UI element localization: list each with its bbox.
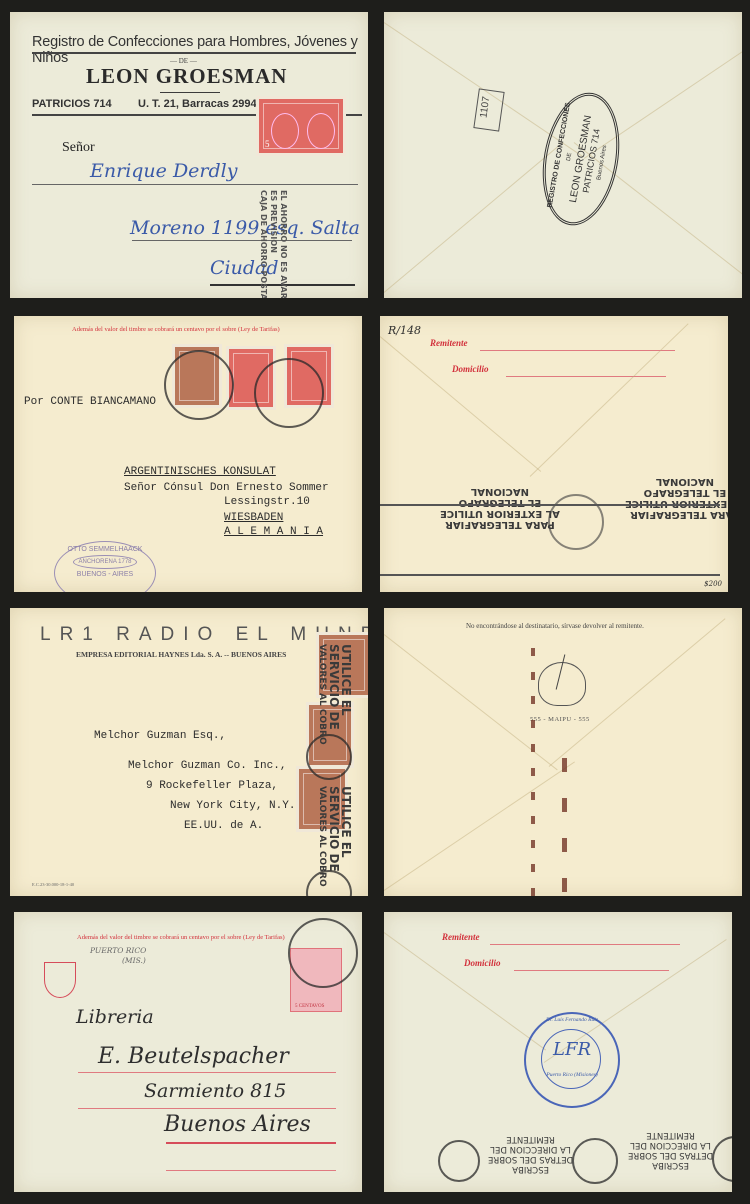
postmark [288,918,358,988]
coat-of-arms-icon [44,962,76,998]
stain-line-2 [562,758,567,896]
blue-monogram-seal: Dr. Luis Fernando Ruiz LFR Puerto Rico (… [524,1012,620,1108]
slogan-cancel: EL AHORRO NO ES AVARICIA ES PREVISION CA… [258,190,288,298]
cover-1-front: Registro de Confecciones para Hombres, J… [10,12,368,298]
address-right: U. T. 21, Barracas 2994 [138,98,257,110]
handwritten-street: Moreno 1199 esq. Salta [130,217,360,239]
handwritten-line-1: Libreria [76,1006,154,1028]
stain-line [531,648,535,896]
remitente-label: Remitente [430,338,468,348]
ship-emblem [538,662,586,706]
salutation: Señor [62,140,95,156]
oval-sender-seal: REGISTRO DE CONFECCIONES DE LEON GROESMA… [533,87,629,232]
cover-3-back: No encontrándose al destinatario, sírvas… [384,608,742,896]
handwritten-name: Enrique Derdly [90,160,237,182]
machine-slogan-cancel-2: PARA TELEGRAFIAR AL EXTERIOR UTILICE EL … [625,476,728,520]
address-line-3: 9 Rockefeller Plaza, [146,780,278,792]
cover-3-front: LR1 RADIO EL MUNDO EMPRESA EDITORIAL HAY… [10,608,368,896]
cover-2-front: Además del valor del timbre se cobrará u… [14,316,362,592]
postmark-1 [164,350,234,420]
print-code: E.C.23-30.000-18-1-40 [32,882,74,887]
address-left: PATRICIOS 714 [32,98,112,110]
pencil-price: $200 [704,580,722,588]
letterhead-name: LEON GROESMAN [86,64,287,89]
tariff-notice: Además del valor del timbre se cobrará u… [77,934,285,941]
remitente-label: Remitente [442,932,480,942]
postmark-2 [572,1138,618,1184]
address-line-3: Lessingstr.10 [224,496,310,508]
maipu-address: 555 - MAIPU - 555 [530,716,590,723]
slogan-cancel-bottom: UTILICE EL SERVICIO DE VALORES AL COBRO [316,786,352,887]
cover-1-back: 1107 REGISTRO DE CONFECCIONES DE LEON GR… [384,12,742,298]
stamp: 5 [256,96,346,156]
letterhead-title: Registro de Confecciones para Hombres, J… [32,34,368,66]
address-line-2: Señor Cónsul Don Ernesto Sommer [124,482,329,494]
letterhead-subtitle: EMPRESA EDITORIAL HAYNES Lda. S. A. -- B… [76,650,286,659]
postmark-1 [438,1140,480,1182]
address-line-4: New York City, N.Y. [170,800,295,812]
routing-line: Por CONTE BIANCAMANO [24,396,156,408]
tariff-notice: Además del valor del timbre se cobrará u… [72,326,280,333]
cover-4-back: Remitente Domicilio Dr. Luis Fernando Ru… [384,912,732,1192]
domicilio-label: Domicilio [464,958,501,968]
box-number: 1107 [473,88,504,131]
address-line-5: EE.UU. de A. [184,820,263,832]
handwritten-line-4: Buenos Aires [164,1112,311,1137]
postmark [548,494,604,550]
domicilio-label: Domicilio [452,364,489,374]
slogan-cancel-1: ESCRIBA DETRAS DEL SOBRE LA DIRECCION DE… [488,1134,573,1174]
address-line-1: ARGENTINISCHES KONSULAT [124,466,276,478]
return-notice: No encontrándose al destinatario, sírvas… [466,622,644,630]
postmark-2 [254,358,324,428]
slogan-cancel-top: UTILICE EL SERVICIO DE VALORES AL COBRO [316,644,352,745]
pencil-reference: R/148 [388,324,421,337]
address-line-5: A L E M A N I A [224,526,323,538]
address-line-1: Melchor Guzman Esq., [94,730,226,742]
machine-slogan-cancel: PARA TELEGRAFIAR AL EXTERIOR UTILICE EL … [440,486,560,530]
address-line-2: Melchor Guzman Co. Inc., [128,760,286,772]
sender-oval-seal: OTTO SEMMELHAACK ANCHORENA 1778 BUENOS -… [54,541,156,592]
cover-4-front: Además del valor del timbre se cobrará u… [14,912,362,1192]
cover-2-back: R/148 Remitente Domicilio PARA TELEGRAFI… [380,316,728,592]
handwritten-line-3: Sarmiento 815 [144,1080,286,1102]
pencil-note: PUERTO RICO (MIS.) [90,946,146,966]
postmark-3 [712,1136,732,1182]
handwritten-line-2: E. Beutelspacher [98,1044,289,1069]
address-line-4: WIESBADEN [224,512,283,524]
slogan-cancel-2: ESCRIBA DETRAS DEL SOBRE LA DIRECCION DE… [628,1130,713,1170]
